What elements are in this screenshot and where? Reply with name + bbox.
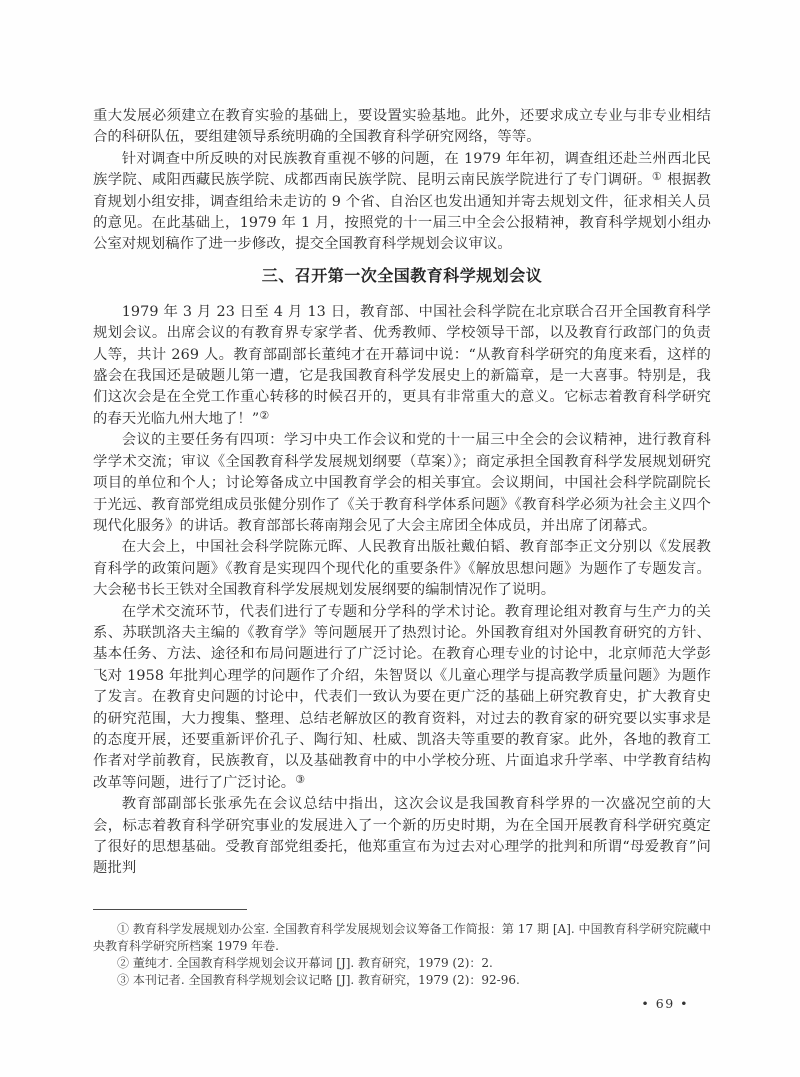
body-paragraph: 针对调查中所反映的对民族教育重视不够的问题，在 1979 年年初，调查组还赴兰州…: [93, 149, 711, 256]
footnote-item: ① 教育科学发展规划办公室. 全国教育科学发展规划会议筹备工作简报：第 17 期…: [93, 921, 711, 955]
body-paragraph: 1979 年 3 月 23 日至 4 月 13 日，教育部、中国社会科学院在北京…: [93, 302, 711, 430]
footnote-item: ③ 本刊记者. 全国教育科学规划会议记略 [J]. 教育研究，1979 (2)：…: [93, 972, 711, 989]
footnote-reference: ③: [295, 773, 305, 786]
footnote-reference: ①: [652, 170, 662, 183]
body-paragraph: 重大发展必须建立在教育实验的基础上，要设置实验基地。此外，还要求成立专业与非专业…: [93, 106, 711, 149]
footnote-item: ② 董纯才. 全国教育科学规划会议开幕词 [J]. 教育研究，1979 (2)：…: [93, 955, 711, 972]
document-page: 重大发展必须建立在教育实验的基础上，要设置实验基地。此外，还要求成立专业与非专业…: [0, 0, 800, 1077]
body-paragraph: 在学术交流环节，代表们进行了专题和分学科的学术讨论。教育理论组对教育与生产力的关…: [93, 602, 711, 795]
section-heading: 三、召开第一次全国教育科学规划会议: [93, 264, 711, 288]
body-paragraph: 在大会上，中国社会科学院陈元晖、人民教育出版社戴伯韬、教育部李正文分别以《发展教…: [93, 537, 711, 601]
page-content: 重大发展必须建立在教育实验的基础上，要设置实验基地。此外，还要求成立专业与非专业…: [93, 0, 711, 1011]
footnotes-section: ① 教育科学发展规划办公室. 全国教育科学发展规划会议筹备工作简报：第 17 期…: [93, 921, 711, 990]
page-number: • 69 •: [93, 996, 711, 1011]
body-paragraph: 会议的主要任务有四项：学习中央工作会议和党的十一届三中全会的会议精神，进行教育科…: [93, 430, 711, 537]
body-paragraph: 教育部副部长张承先在会议总结中指出，这次会议是我国教育科学界的一次盛况空前的大会…: [93, 794, 711, 880]
footnote-reference: ②: [259, 409, 269, 422]
footnote-separator-line: [93, 909, 247, 910]
